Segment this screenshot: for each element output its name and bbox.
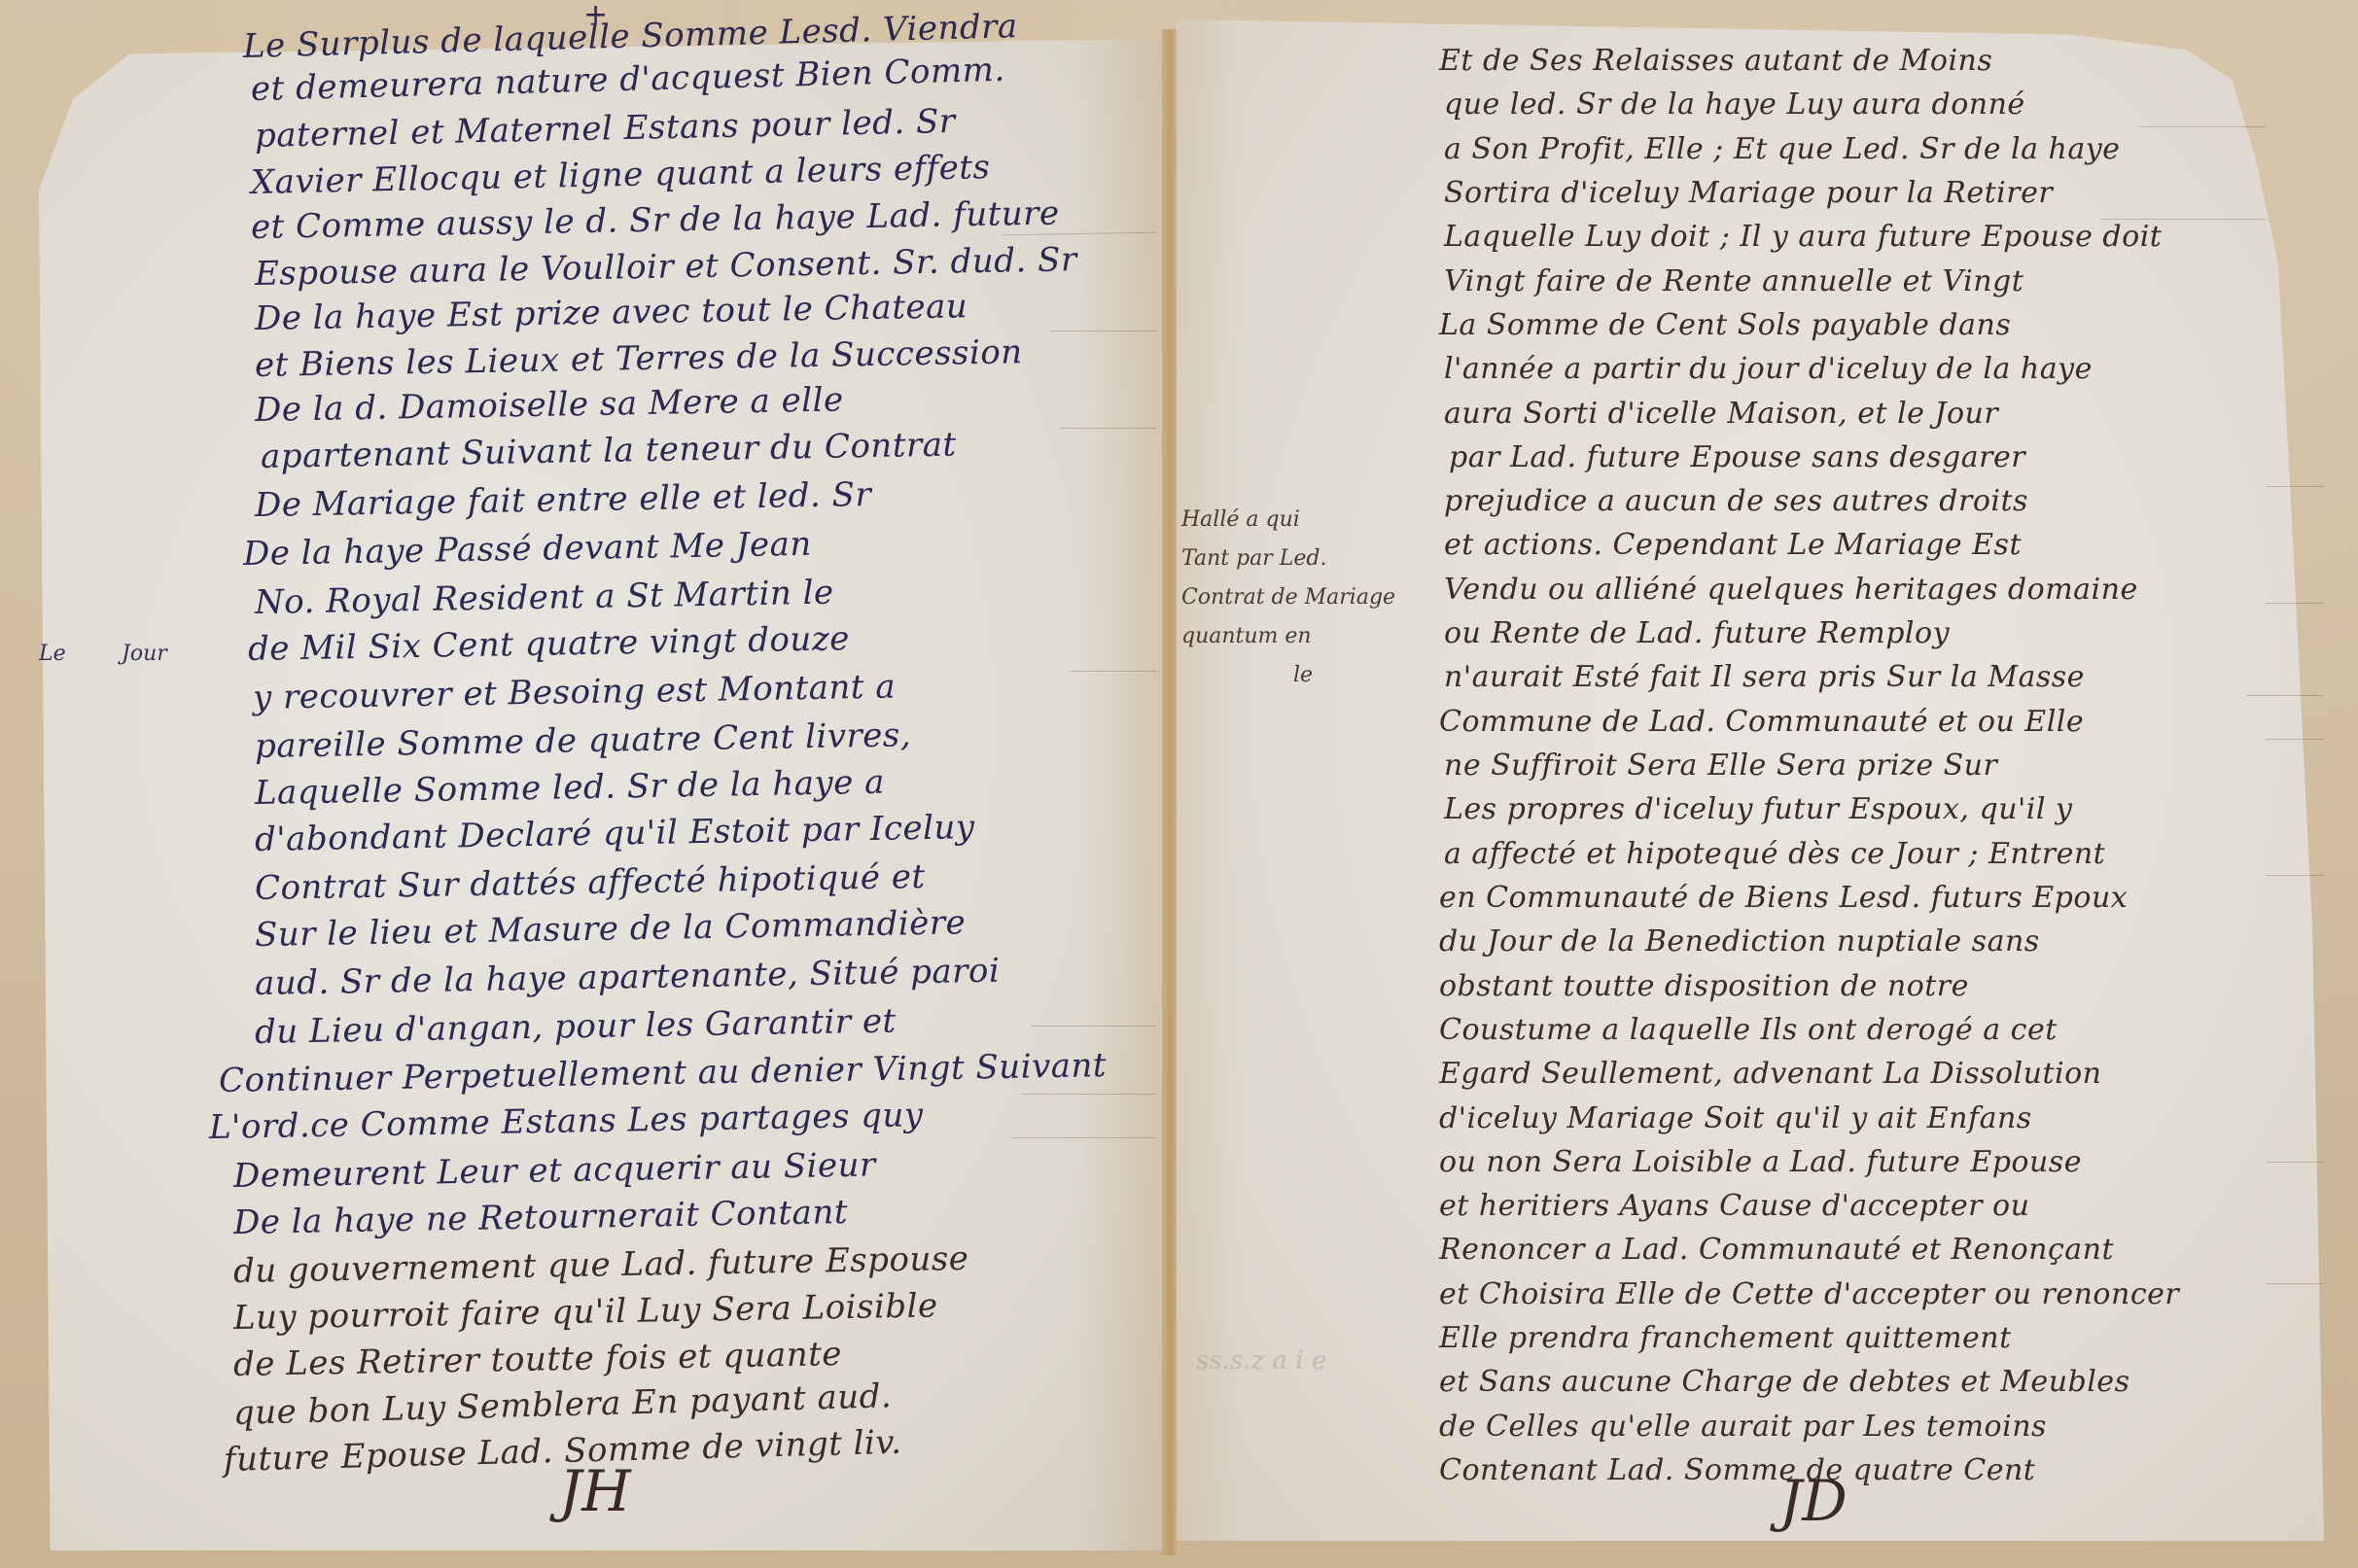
left-margin-note-2: Jour [122,642,167,666]
manuscript-line: prejudice a aucun de ses autres droits [1444,484,2028,518]
manuscript-line: aura Sorti d'icelle Maison, et le Jour [1444,397,1998,431]
manuscript-line: Vendu ou alliéné quelques heritages doma… [1444,573,2138,607]
ruled-line [2266,1283,2324,1284]
ruled-line [1060,428,1157,429]
manuscript-line: La Somme de Cent Sols payable dans [1439,308,2011,342]
ruled-line [2266,1162,2324,1163]
left-page-signature: JH [559,1458,631,1524]
manuscript-line: et heritiers Ayans Cause d'accepter ou [1439,1189,2029,1223]
ruled-line [1011,1137,1157,1138]
manuscript-line: Et de Ses Relaisses autant de Moins [1439,44,1992,78]
manuscript-line: et Choisira Elle de Cette d'accepter ou … [1439,1277,2179,1311]
manuscript-line: en Communauté de Biens Lesd. futurs Epou… [1439,881,2128,915]
manuscript-line: Laquelle Luy doit ; Il y aura future Epo… [1444,220,2162,254]
right-margin-note-4: quantum en [1181,617,1312,656]
manuscript-line: obstant toutte disposition de notre [1439,969,1969,1003]
manuscript-line: et Sans aucune Charge de debtes et Meubl… [1439,1365,2129,1399]
manuscript-line: par Lad. future Epouse sans desgarer [1449,440,2025,474]
right-margin-note-5: le [1293,656,1313,695]
ruled-line [2246,695,2324,696]
manuscript-line: ou Rente de Lad. future Remploy [1444,616,1950,650]
ruled-line [2266,486,2324,487]
ruled-line [1031,1026,1157,1027]
manuscript-line: Commune de Lad. Communauté et ou Elle [1439,705,2084,739]
manuscript-line: Vingt faire de Rente annuelle et Vingt [1444,264,2024,298]
ruled-line [2266,603,2324,604]
manuscript-line: Sortira d'iceluy Mariage pour la Retirer [1444,176,2053,210]
manuscript-line: que led. Sr de la haye Luy aura donné [1444,87,2025,122]
left-margin-note-1: Le [39,642,66,666]
manuscript-line: Les propres d'iceluy futur Espoux, qu'il… [1444,792,2072,826]
manuscript-line: l'année a partir du jour d'iceluy de la … [1444,352,2093,386]
manuscript-line: n'aurait Esté fait Il sera pris Sur la M… [1444,660,2085,694]
right-margin-note-3: Contrat de Mariage [1181,578,1395,617]
manuscript-line: Renoncer a Lad. Communauté et Renonçant [1439,1233,2114,1267]
manuscript-line: de Celles qu'elle aurait par Les temoins [1439,1410,2047,1444]
manuscript-line: Elle prendra franchement quittement [1439,1321,2012,1355]
right-margin-note-1: Hallé a qui [1181,501,1300,540]
ruled-line [1021,1094,1157,1095]
right-margin-note-2: Tant par Led. [1181,540,1327,578]
ruled-line [2139,126,2266,127]
manuscript-line: ne Suffiroit Sera Elle Sera prize Sur [1444,749,1997,783]
right-page-signature: JD [1779,1468,1848,1534]
manuscript-line: et actions. Cependant Le Mariage Est [1444,528,2022,562]
manuscript-line: a affecté et hipotequé dès ce Jour ; Ent… [1444,837,2105,871]
ruled-line [2266,739,2324,740]
manuscript-line: du Jour de la Benediction nuptiale sans [1439,924,2040,958]
ink-bleed-through: ss.s.z a i e [1196,1346,1326,1376]
manuscript-line: ou non Sera Loisible a Lad. future Epous… [1439,1145,2082,1179]
manuscript-line: d'iceluy Mariage Soit qu'il y ait Enfans [1439,1101,2032,1135]
manuscript-line: Coustume a laquelle Ils ont derogé a cet [1439,1013,2058,1047]
manuscript-line: Egard Seullement, advenant La Dissolutio… [1439,1057,2102,1091]
ruled-line [1070,671,1157,672]
ruled-line [2266,875,2324,876]
ruled-line [1050,331,1157,331]
manuscript-line: Contenant Lad. Somme de quatre Cent [1439,1453,2035,1487]
manuscript-line: a Son Profit, Elle ; Et que Led. Sr de l… [1444,132,2120,166]
